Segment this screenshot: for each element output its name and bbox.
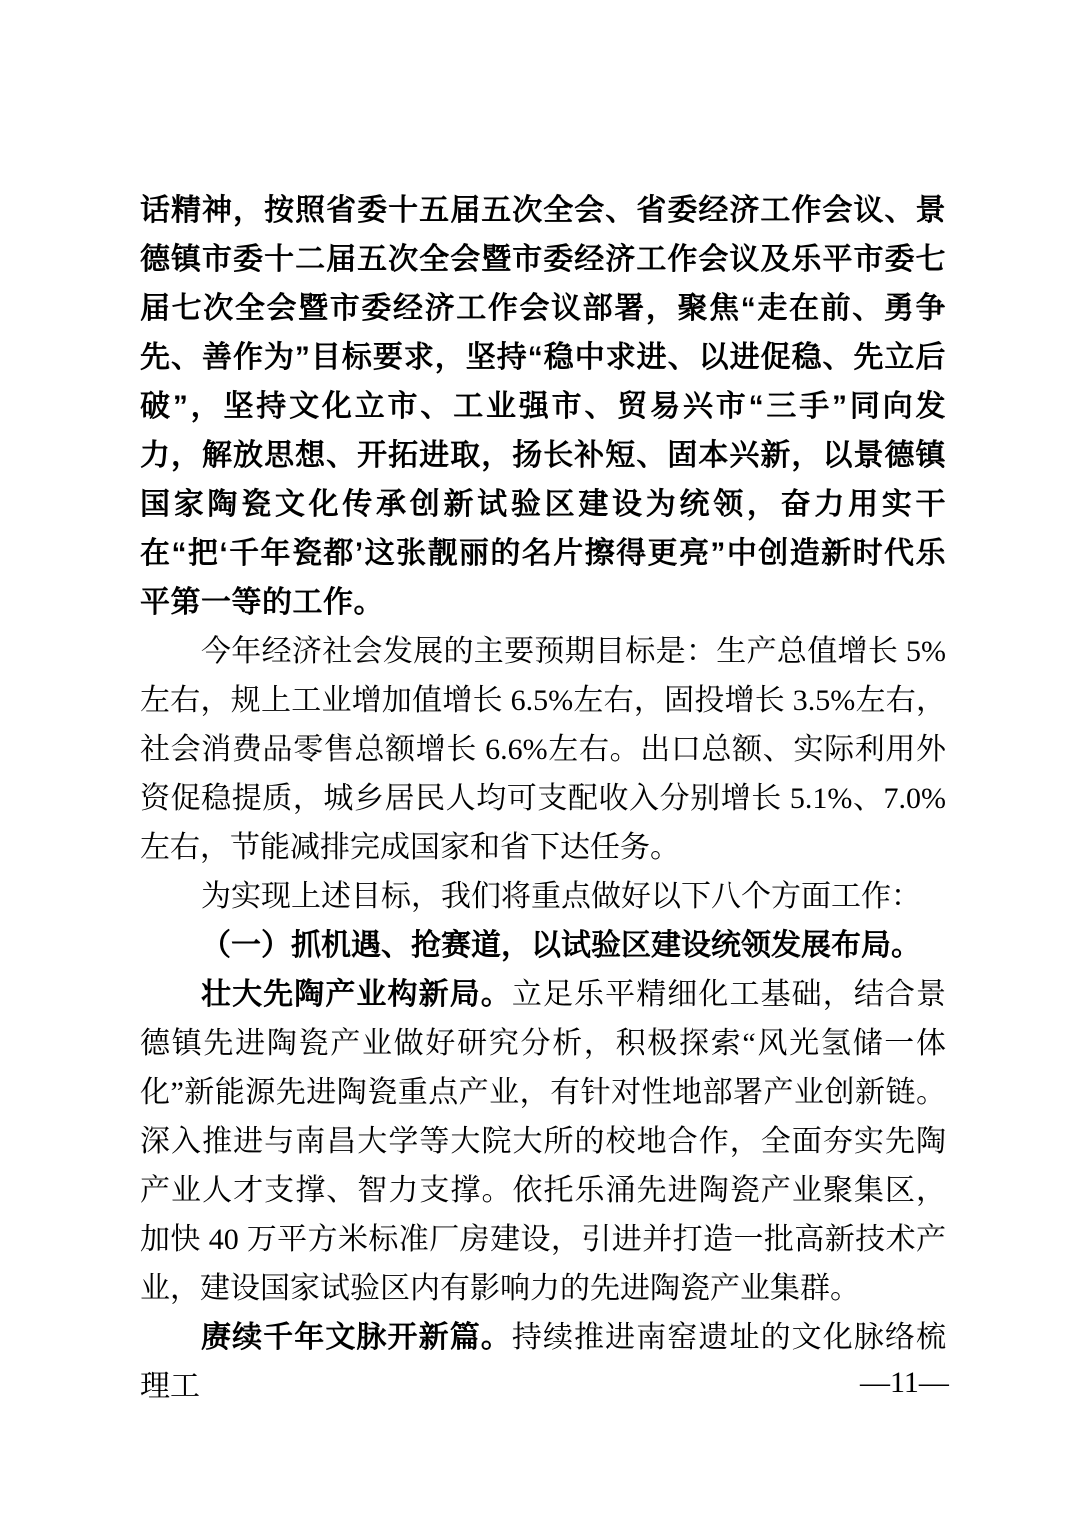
paragraph-transition: 为实现上述目标，我们将重点做好以下八个方面工作： <box>140 872 946 921</box>
paragraph-advanced-ceramics: 壮大先陶产业构新局。立足乐平精细化工基础，结合景德镇先进陶瓷产业做好研究分析，积… <box>140 970 946 1313</box>
paragraph-economic-targets: 今年经济社会发展的主要预期目标是：生产总值增长 5%左右，规上工业增加值增长 6… <box>140 627 946 872</box>
paragraph-guiding-principles: 话精神，按照省委十五届五次全会、省委经济工作会议、景德镇市委十二届五次全会暨市委… <box>140 186 946 627</box>
paragraph-body-ceramics: 立足乐平精细化工基础，结合景德镇先进陶瓷产业做好研究分析，积极探索“风光氢储一体… <box>140 978 946 1305</box>
paragraph-lead-ceramics: 壮大先陶产业构新局。 <box>201 978 512 1011</box>
paragraph-lead-heritage: 赓续千年文脉开新篇。 <box>201 1321 512 1354</box>
document-body: 话精神，按照省委十五届五次全会、省委经济工作会议、景德镇市委十二届五次全会暨市委… <box>140 186 946 1411</box>
page-number: —11— <box>860 1366 949 1400</box>
paragraph-cultural-heritage: 赓续千年文脉开新篇。持续推进南窑遗址的文化脉络梳理工 <box>140 1313 946 1411</box>
section-heading-one: （一）抓机遇、抢赛道，以试验区建设统领发展布局。 <box>140 921 946 970</box>
